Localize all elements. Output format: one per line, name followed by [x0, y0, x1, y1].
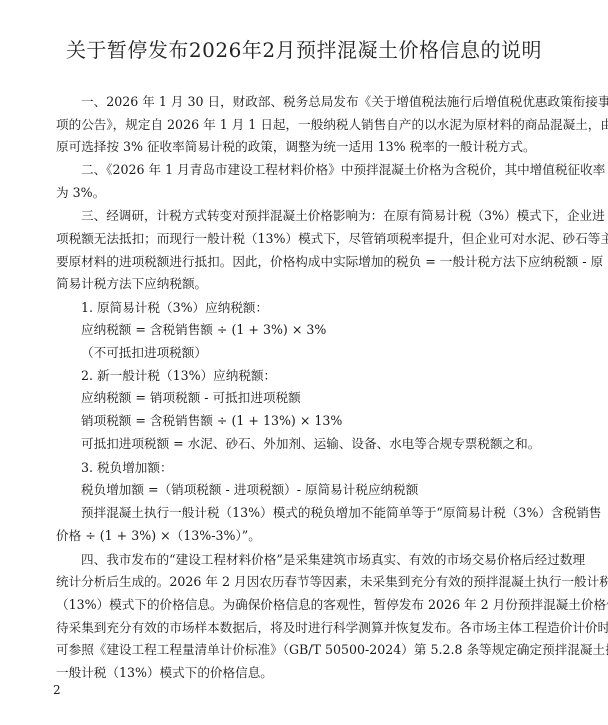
document-title: 关于暂停发布2026年2月预拌混凝土价格信息的说明: [0, 34, 608, 63]
paragraph-line: 二、《2026 年 1 月青岛市建设工程材料价格》中预拌混凝土价格为含税价，其中…: [81, 162, 533, 178]
paragraph-line: 销项税额 = 含税销售额 ÷ (1 + 13%) × 13%: [81, 413, 342, 429]
paragraph-line: （13%）模式下的价格信息。为确保价格信息的客观性，暂停发布 2026 年 2 …: [56, 597, 533, 613]
paragraph-line: 预拌混凝土执行一般计税（13%）模式的税负增加不能简单等于“原简易计税（3%）含…: [81, 505, 533, 521]
paragraph-line: （不可抵扣进项税额）: [81, 345, 207, 361]
paragraph-line: 四、我市发布的“建设工程材料价格”是采集建筑市场真实、有效的市场交易价格后经过数…: [81, 552, 533, 568]
page-number: 2: [53, 683, 61, 697]
paragraph-line: 一、2026 年 1 月 30 日，财政部、税务总局发布《关于增值税法施行后增值…: [81, 94, 533, 110]
paragraph-line: 应纳税额 = 含税销售额 ÷ (1 + 3%) × 3%: [81, 322, 326, 338]
paragraph-line: 可参照《建设工程工程量清单计价标准》（GB/T 50500-2024）第 5.2…: [56, 642, 533, 658]
paragraph-line: 可抵扣进项税额 = 水泥、砂石、外加剂、运输、设备、水电等合规专票税额之和。: [81, 436, 540, 452]
paragraph-line: 一般计税（13%）模式下的价格信息。: [56, 665, 273, 681]
paragraph-line: 要原材料的进项税额进行抵扣。因此，价格构成中实际增加的税负 = 一般计税方法下应…: [56, 254, 533, 270]
paragraph-line: 统计分析后生成的。2026 年 2 月因农历春节等因素，未采集到充分有效的预拌混…: [56, 574, 533, 590]
paragraph-line: 1. 原简易计税（3%）应纳税额：: [81, 300, 268, 316]
paragraph-line: 待采集到充分有效的市场样本数据后，将及时进行科学测算并恢复发布。各市场主体工程造…: [56, 620, 533, 636]
paragraph-line: 应纳税额 = 销项税额 - 可抵扣进项税额: [81, 390, 301, 406]
paragraph-line: 3. 税负增加额：: [81, 460, 173, 476]
paragraph-line: 项税额无法抵扣；而现行一般计税（13%）模式下，尽管销项税率提升，但企业可对水泥…: [56, 231, 533, 247]
paragraph-line: 项的公告》，规定自 2026 年 1 月 1 日起，一般纳税人销售自产的以水泥为…: [56, 117, 533, 133]
paragraph-line: 价格 ÷ (1 + 3%) ×（13%-3%）”。: [56, 528, 261, 544]
paragraph-line: 三、经调研，计税方式转变对预拌混凝土价格影响为：在原有简易计税（3%）模式下，企…: [81, 208, 533, 224]
paragraph-line: 2. 新一般计税（13%）应纳税额：: [81, 368, 276, 384]
paragraph-line: 为 3%。: [56, 185, 105, 201]
paragraph-line: 简易计税方法下应纳税额。: [56, 276, 207, 292]
paragraph-line: 原可选择按 3% 征收率简易计税的政策，调整为统一适用 13% 税率的一般计税方…: [56, 139, 536, 155]
paragraph-line: 税负增加额 =（销项税额 - 进项税额）- 原简易计税应纳税额: [81, 482, 418, 498]
